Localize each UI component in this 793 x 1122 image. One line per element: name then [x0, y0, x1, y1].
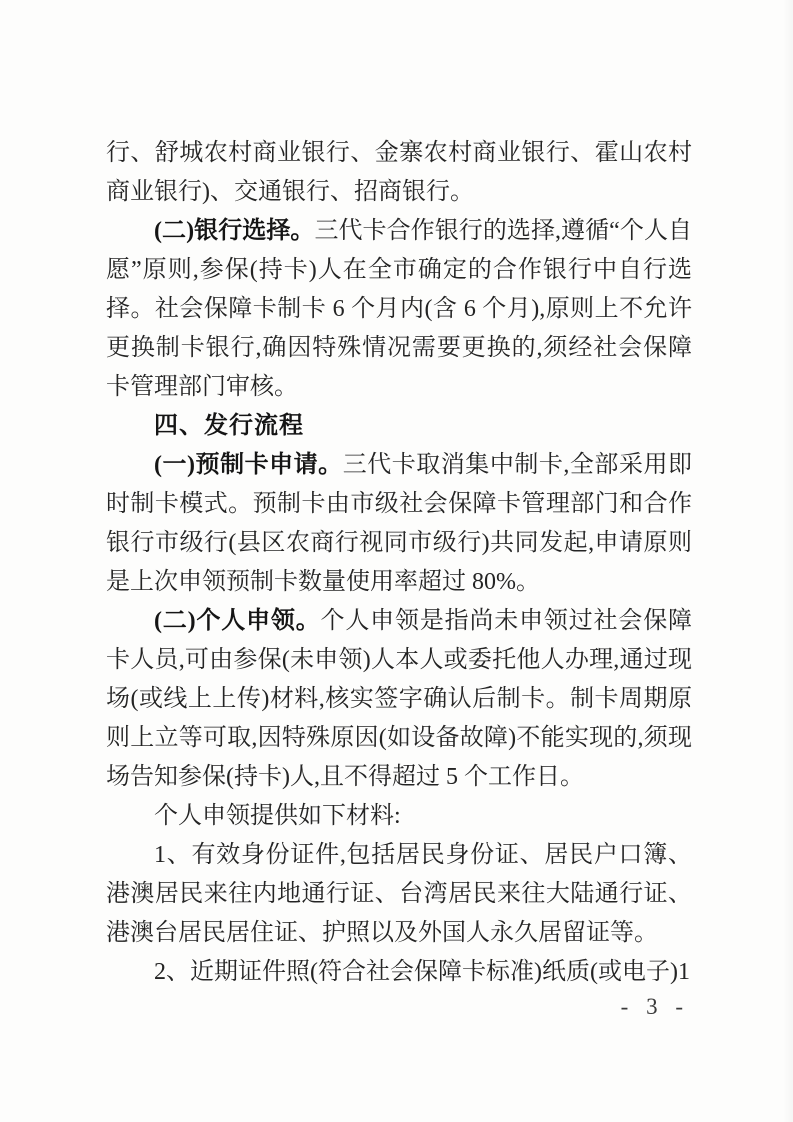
paragraph-text: 个人申领提供如下材料: — [154, 803, 401, 829]
paragraph-text: 1、有效身份证件,包括居民身份证、居民户口簿、港澳居民来往内地通行证、台湾居民来… — [106, 842, 692, 946]
paragraph-precard-application: (一)预制卡申请。三代卡取消集中制卡,全部采用即时制卡模式。预制卡由市级社会保障… — [106, 446, 692, 602]
paragraph-individual-application: (二)个人申领。个人申领是指尚未申领过社会保障卡人员,可由参保(未申领)人本人或… — [106, 602, 692, 797]
paragraph-text: 三代卡合作银行的选择,遵循“个人自愿”原则,参保(持卡)人在全市确定的合作银行中… — [106, 218, 692, 400]
paragraph-bank-selection: (二)银行选择。三代卡合作银行的选择,遵循“个人自愿”原则,参保(持卡)人在全市… — [106, 212, 692, 407]
heading-section-4-issuance-process: 四、发行流程 — [106, 407, 692, 446]
paragraph-lead: (二)个人申领。 — [154, 608, 321, 634]
paragraph-lead: (一)预制卡申请。 — [154, 452, 343, 478]
paragraph-text: 行、舒城农村商业银行、金寨农村商业银行、霍山农村商业银行)、交通银行、招商银行。 — [106, 140, 692, 205]
paragraph-lead: (二)银行选择。 — [154, 218, 314, 244]
document-body: 行、舒城农村商业银行、金寨农村商业银行、霍山农村商业银行)、交通银行、招商银行。… — [106, 134, 692, 992]
scan-edge-shading — [783, 0, 793, 1122]
page-number: - 3 - — [621, 994, 689, 1020]
paragraph-materials-intro: 个人申领提供如下材料: — [106, 797, 692, 836]
list-item-2-photo: 2、近期证件照(符合社会保障卡标准)纸质(或电子)1 — [106, 953, 692, 992]
paragraph-text: 个人申领是指尚未申领过社会保障卡人员,可由参保(未申领)人本人或委托他人办理,通… — [106, 608, 692, 790]
document-page: 行、舒城农村商业银行、金寨农村商业银行、霍山农村商业银行)、交通银行、招商银行。… — [0, 0, 793, 1122]
paragraph-text: 2、近期证件照(符合社会保障卡标准)纸质(或电子)1 — [154, 959, 690, 985]
continuation-paragraph: 行、舒城农村商业银行、金寨农村商业银行、霍山农村商业银行)、交通银行、招商银行。 — [106, 134, 692, 212]
heading-text: 四、发行流程 — [154, 413, 304, 439]
list-item-1-id-documents: 1、有效身份证件,包括居民身份证、居民户口簿、港澳居民来往内地通行证、台湾居民来… — [106, 836, 692, 953]
